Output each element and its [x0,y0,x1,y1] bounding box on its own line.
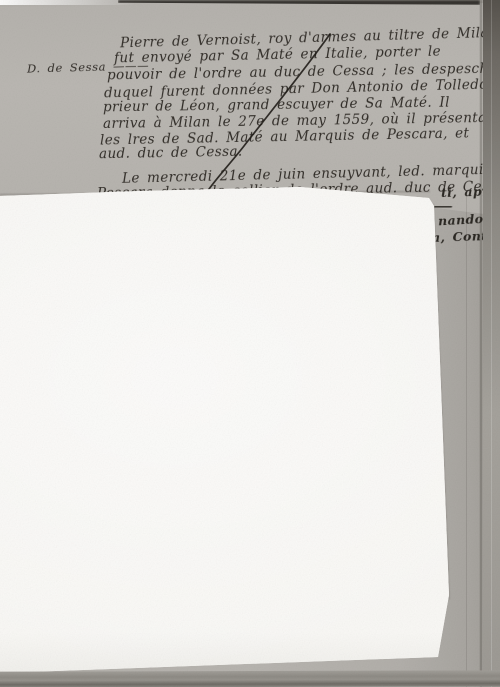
fragment-dash: — [433,198,454,213]
crease-line [480,0,482,687]
crease-highlight [491,0,492,687]
bottom-edge-band [0,670,500,687]
crease-line [466,195,467,687]
manuscript-line: aud. duc de Cessa. [99,144,243,163]
top-edge-highlight [0,0,135,5]
manuscript-scan-page: D. de Sessa ——— Pierre de Vernoist, roy … [0,0,500,687]
